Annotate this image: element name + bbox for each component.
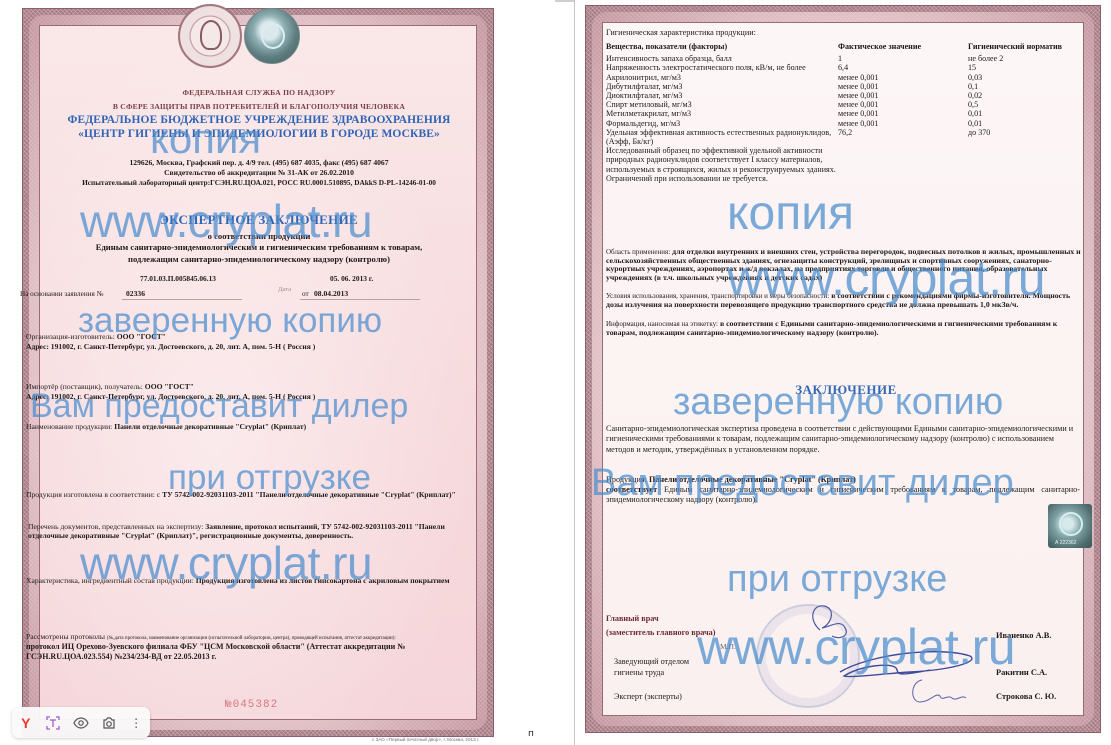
norm-cell: 0,01 xyxy=(968,109,1076,118)
actual-value-cell: менее 0,001 xyxy=(838,119,968,128)
conclusion-text: Санитарно-эпидемиологическая экспертиза … xyxy=(606,424,1080,455)
image-toolbar: Y ⋮ xyxy=(12,707,150,738)
actual-value-cell xyxy=(838,146,968,183)
hygienic-section-title: Гигиеническая характеристика продукции: xyxy=(606,28,756,37)
institution-line-2: «ЦЕНТР ГИГИЕНЫ И ЭПИДЕМИОЛОГИИ В ГОРОДЕ … xyxy=(40,128,478,142)
conditions-row: Условия использования, хранения, транспо… xyxy=(606,292,1084,309)
table-row: Удельная эффективная активность естестве… xyxy=(606,128,1076,146)
product-value: Панели отделочные декоративные "Cryplat"… xyxy=(649,475,856,484)
norm-cell: 0,1 xyxy=(968,82,1076,91)
expert-signature-icon xyxy=(906,672,976,712)
substance-cell: Интенсивность запаха образца, балл xyxy=(606,54,838,63)
yandex-logo-icon[interactable]: Y xyxy=(15,712,37,734)
produced-label: Продукция изготовлена в соответствии: с xyxy=(26,490,160,499)
protocols-hint: (№,дата протокола, наименование организа… xyxy=(107,636,396,641)
substance-cell: Диоктилфталат, мг/м3 xyxy=(606,91,838,100)
complies-text: Единым санитарно-эпидемиологическим и ги… xyxy=(606,485,1080,504)
table-row: Метилметакрилат, мг/м3менее 0,0010,01 xyxy=(606,109,1076,118)
table-row: Спирт метиловый, мг/м3менее 0,0010,5 xyxy=(606,100,1076,109)
product-compliance: Продукция: Панели отделочные декоративны… xyxy=(606,475,1080,505)
registration-number: 77.01.03.П.005845.06.13 xyxy=(140,274,216,283)
table-row: Исследованный образец по эффективной уде… xyxy=(606,146,1076,183)
table-row: Дибутилфталат, мг/м3менее 0,0010,1 xyxy=(606,82,1076,91)
protocols-label: Рассмотрены протоколы xyxy=(26,632,105,641)
product-label: Продукция: xyxy=(606,475,647,484)
camera-search-icon[interactable] xyxy=(98,712,120,734)
registration-date: 05. 06. 2013 г. xyxy=(330,274,373,283)
eye-icon[interactable] xyxy=(70,712,92,734)
official-stamp-icon xyxy=(756,604,860,708)
agency-line-2: В СФЕРЕ ЗАЩИТЫ ПРАВ ПОТРЕБИТЕЛЕЙ И БЛАГО… xyxy=(40,102,478,111)
scope-row: Область применения: для отделки внутренн… xyxy=(606,248,1086,282)
protocols-row: Рассмотрены протоколы (№,дата протокола,… xyxy=(26,632,482,642)
subtitle-3: подлежащим санитарно-эпидемиологическому… xyxy=(40,254,478,264)
hygienic-table: Вещества, показатели (факторы) Фактическ… xyxy=(606,42,1076,183)
chief-title-2: (заместитель главного врача) xyxy=(606,628,715,637)
manufacturer-label: Организация-изготовитель: xyxy=(26,332,115,341)
norm-cell: 15 xyxy=(968,63,1076,72)
expert-name: Строкова С. Ю. xyxy=(996,692,1056,701)
chief-name: Иваненко А.В. xyxy=(996,631,1051,640)
application-number: 02336 xyxy=(126,289,145,298)
column-header-substances: Вещества, показатели (факторы) xyxy=(606,42,838,54)
importer-label: Импортёр (поставщик), получатель: xyxy=(26,382,143,391)
institution-address: 129626, Москва, Графский пер. д. 4/9 тел… xyxy=(40,158,478,167)
composition-row: Характеристика, ингредиентный состав про… xyxy=(26,576,478,585)
conclusion-title: ЗАКЛЮЧЕНИЕ xyxy=(606,382,1086,398)
printer-note: с ЗАО «Первый печатный двор», г. Москва,… xyxy=(372,737,479,742)
norm-cell: 0,03 xyxy=(968,73,1076,82)
manufacturer-name: ООО "ГОСТ" xyxy=(117,332,166,341)
composition-value: Продукция изготовлена из листов гипсокар… xyxy=(196,576,450,585)
certificate-page-front: ФЕДЕРАЛЬНАЯ СЛУЖБА ПО НАДЗОРУ В СФЕРЕ ЗА… xyxy=(0,0,555,745)
substance-cell: Исследованный образец по эффективной уде… xyxy=(606,146,838,183)
norm-cell: 0,02 xyxy=(968,91,1076,100)
front-content: ФЕДЕРАЛЬНАЯ СЛУЖБА ПО НАДЗОРУ В СФЕРЕ ЗА… xyxy=(40,24,478,724)
documents-row: Перечень документов, представленных на э… xyxy=(28,522,480,540)
norm-cell xyxy=(968,146,1076,183)
date-underline xyxy=(300,299,420,300)
table-row: Акрилонитрил, мг/м3менее 0,0010,03 xyxy=(606,73,1076,82)
importer-name: ООО "ГОСТ" xyxy=(145,382,194,391)
norm-cell: 0,5 xyxy=(968,100,1076,109)
complies-bold: соответствует xyxy=(606,485,657,494)
certificate-page-back: Гигиеническая характеристика продукции: … xyxy=(575,0,1111,745)
stray-glyph: п xyxy=(528,729,534,739)
substance-cell: Дибутилфталат, мг/м3 xyxy=(606,82,838,91)
protocols-value: протокол ИЦ Орехово-Зуевского филиала ФБ… xyxy=(26,642,446,662)
norm-cell: до 370 xyxy=(968,128,1076,146)
expert-title: Эксперт (эксперты) xyxy=(614,692,682,701)
chief-title-1: Главный врач xyxy=(606,614,659,623)
hologram-label: А 222362 xyxy=(1055,540,1076,546)
produced-value: ТУ 5742-002-92031103-2011 "Панели отдело… xyxy=(162,490,456,499)
product-name-label: Наименование продукции: xyxy=(26,422,112,431)
importer-address: Адрес: 191002, г. Санкт-Петербург, ул. Д… xyxy=(26,392,315,401)
product-name-row: Наименование продукции: Панели отделочны… xyxy=(26,422,306,431)
product-name: Панели отделочные декоративные "Cryplat"… xyxy=(114,422,306,431)
application-label: На основании заявления № xyxy=(20,290,103,298)
actual-value-cell: менее 0,001 xyxy=(838,91,968,100)
manufacturer-address: Адрес: 191002, г. Санкт-Петербург, ул. Д… xyxy=(26,342,315,351)
lab-center: Испытательный лабораторный центр:ГСЭН.RU… xyxy=(32,178,486,187)
document-title: ЭКСПЕРТНОЕ ЗАКЛЮЧЕНИЕ xyxy=(40,212,478,228)
head-title-1: Заведующий отделом xyxy=(614,657,689,666)
translate-text-icon[interactable] xyxy=(42,712,64,734)
substance-cell: Метилметакрилат, мг/м3 xyxy=(606,109,838,118)
head-title-2: гигиены труда xyxy=(614,668,664,677)
actual-value-cell: менее 0,001 xyxy=(838,82,968,91)
head-name: Ракитин С.А. xyxy=(996,668,1047,677)
norm-cell: 0,01 xyxy=(968,119,1076,128)
column-header-norm: Гигиенический норматив xyxy=(968,42,1076,54)
accreditation-certificate: Свидетельство об аккредитации № 31-АК от… xyxy=(40,168,478,177)
substance-cell: Формальдегид, мг/м3 xyxy=(606,119,838,128)
application-date: 08.04.2013 xyxy=(314,289,348,298)
application-date-prefix: от xyxy=(302,290,309,298)
table-row: Интенсивность запаха образца, балл1не бо… xyxy=(606,54,1076,63)
actual-value-cell: менее 0,001 xyxy=(838,109,968,118)
table-row: Диоктилфталат, мг/м3менее 0,0010,02 xyxy=(606,91,1076,100)
norm-cell: не более 2 xyxy=(968,54,1076,63)
agency-line-1: ФЕДЕРАЛЬНАЯ СЛУЖБА ПО НАДЗОРУ xyxy=(40,88,478,97)
application-underline xyxy=(122,299,242,300)
actual-value-cell: 76,2 xyxy=(838,128,968,146)
subtitle-1: о соответствии продукции xyxy=(40,231,478,241)
manufacturer-row: Организация-изготовитель: ООО "ГОСТ" xyxy=(26,332,166,341)
actual-value-cell: 6,4 xyxy=(838,63,968,72)
actual-value-cell: 1 xyxy=(838,54,968,63)
subtitle-2: Единым санитарно-эпидемиологическим и ги… xyxy=(28,242,490,252)
institution-line-1: ФЕДЕРАЛЬНОЕ БЮДЖЕТНОЕ УЧРЕЖДЕНИЕ ЗДРАВОО… xyxy=(40,114,478,128)
table-row: Напряженность электростатического поля, … xyxy=(606,63,1076,72)
importer-row: Импортёр (поставщик), получатель: ООО "Г… xyxy=(26,382,194,391)
form-number: №045382 xyxy=(225,699,278,711)
date-label: Дата xyxy=(278,286,291,293)
label-info-row: Информация, наносимая на этикетку: в соо… xyxy=(606,320,1084,337)
table-row: Формальдегид, мг/м3менее 0,0010,01 xyxy=(606,119,1076,128)
substance-cell: Акрилонитрил, мг/м3 xyxy=(606,73,838,82)
scope-value: для отделки внутренних и внешних стен, у… xyxy=(606,247,1081,282)
back-content: Гигиеническая характеристика продукции: … xyxy=(606,24,1086,724)
substance-cell: Удельная эффективная активность естестве… xyxy=(606,128,838,146)
documents-label: Перечень документов, представленных на э… xyxy=(28,522,203,531)
substance-cell: Спирт метиловый, мг/м3 xyxy=(606,100,838,109)
more-vertical-icon[interactable]: ⋮ xyxy=(125,712,147,734)
actual-value-cell: менее 0,001 xyxy=(838,100,968,109)
substance-cell: Напряженность электростатического поля, … xyxy=(606,63,838,72)
actual-value-cell: менее 0,001 xyxy=(838,73,968,82)
stamp-label: М.П. xyxy=(720,642,736,651)
composition-label: Характеристика, ингредиентный состав про… xyxy=(26,576,194,585)
column-header-actual: Фактическое значение xyxy=(838,42,968,54)
produced-per-row: Продукция изготовлена в соответствии: с … xyxy=(26,490,466,499)
table-header-row: Вещества, показатели (факторы) Фактическ… xyxy=(606,42,1076,54)
